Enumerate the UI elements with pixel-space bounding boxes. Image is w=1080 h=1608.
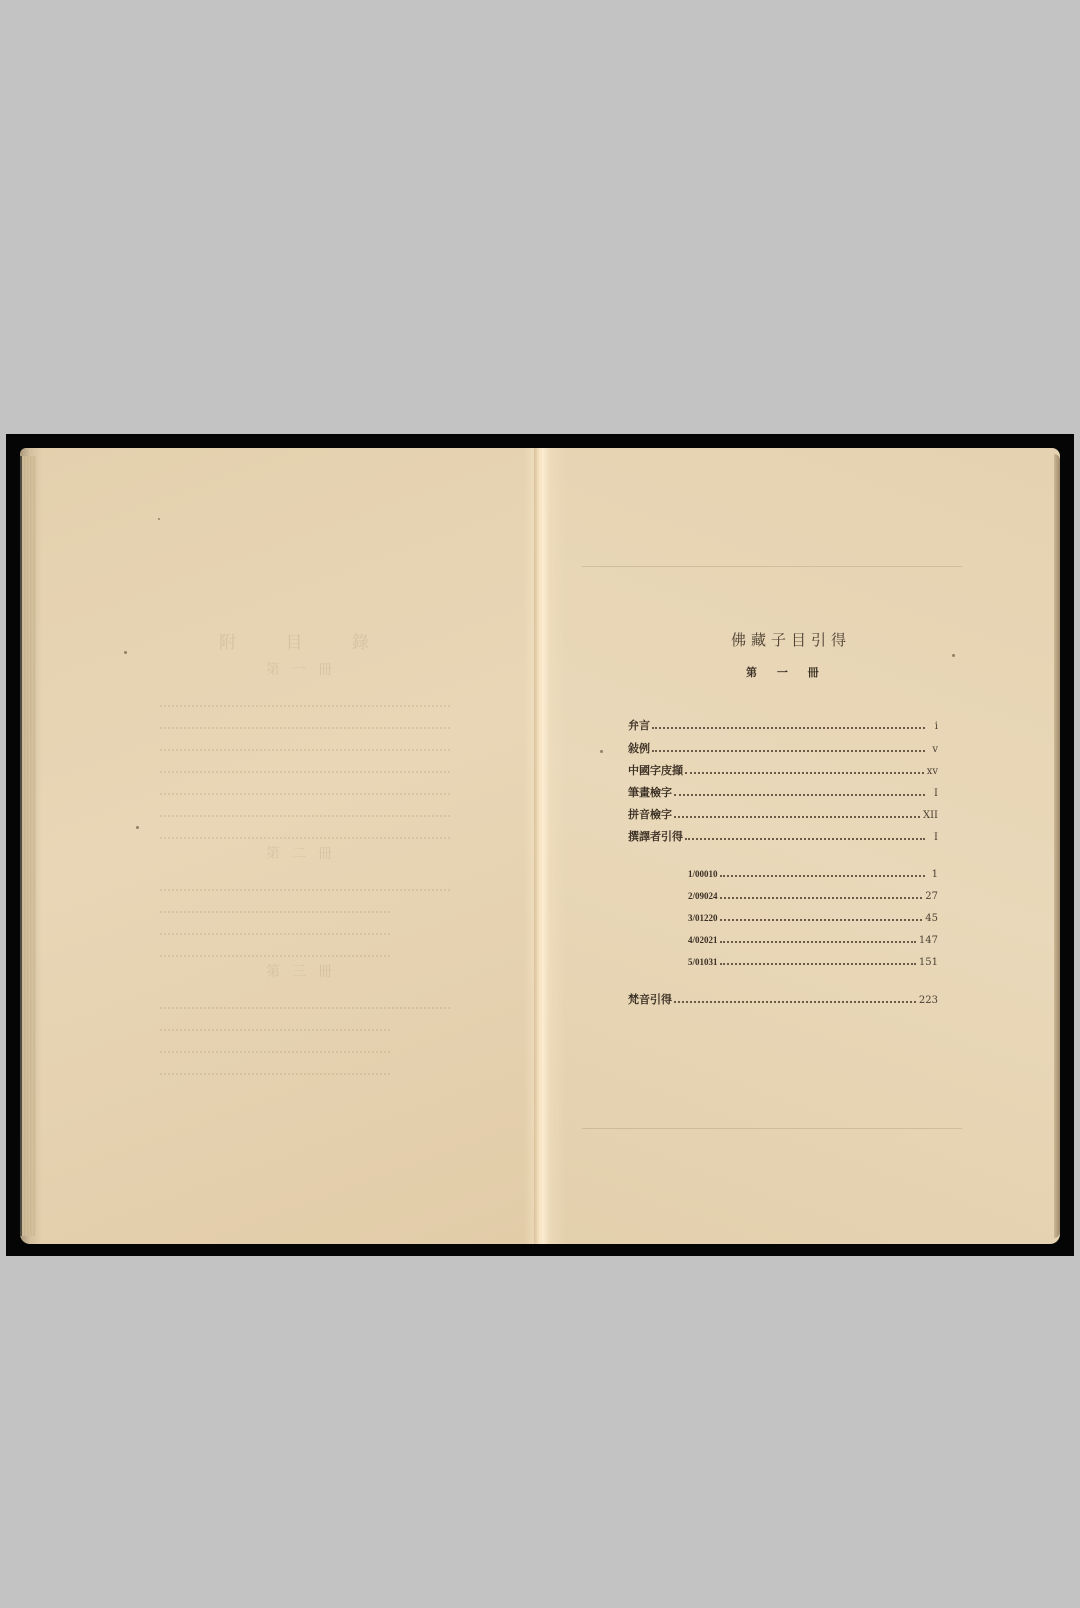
paper-speck — [136, 826, 139, 829]
toc-sub-entry: 3/01220 45 — [688, 911, 938, 926]
bleed-line — [160, 1031, 390, 1053]
toc-entry: 拼音檢字 XII — [628, 808, 938, 823]
toc-page-number: i — [928, 720, 938, 734]
toc-entry-label: 弁言 — [628, 719, 650, 733]
toc-entry-label: 梵音引得 — [628, 993, 672, 1007]
dot-leader — [674, 1000, 916, 1003]
volume-heading: 第 一 冊 — [746, 664, 826, 680]
toc-page-number: I — [928, 831, 938, 845]
toc-page-number: xv — [927, 765, 938, 779]
toc-entry-label: 拼音檢字 — [628, 808, 672, 822]
toc-sub-entry-label: 3/01220 — [688, 911, 718, 925]
bleed-line — [160, 987, 450, 1009]
bleed-line — [160, 751, 450, 773]
paper-speck — [952, 654, 955, 657]
left-page: 附 目 錄 第一冊 第二冊 第三冊 — [20, 448, 538, 1244]
toc-page-number: v — [928, 743, 938, 757]
bleed-line — [160, 1053, 390, 1075]
bleed-line — [160, 795, 450, 817]
toc-page-number: 223 — [919, 994, 938, 1008]
toc-sub-entry-label: 1/00010 — [688, 867, 718, 881]
toc-sub-entry: 4/02021 147 — [688, 933, 938, 948]
bleed-line — [160, 773, 450, 795]
toc-entry: 敍例 v — [628, 742, 938, 757]
toc-entry: 梵音引得 223 — [628, 993, 938, 1008]
toc-page-number: 151 — [919, 956, 938, 970]
open-book: 附 目 錄 第一冊 第二冊 第三冊 — [20, 448, 1060, 1244]
dot-leader — [720, 962, 916, 965]
toc-sub-entry-label: 4/02021 — [688, 933, 718, 947]
toc-page-number: 147 — [919, 934, 938, 948]
paper-speck — [124, 651, 127, 654]
dot-leader — [674, 793, 925, 796]
toc-entry-label: 敍例 — [628, 742, 650, 756]
bleed-line — [160, 891, 390, 913]
toc-sub-entry-label: 2/09024 — [688, 889, 718, 903]
bleed-line — [160, 869, 450, 891]
paper-speck — [158, 518, 160, 520]
page-edge-stack — [20, 456, 36, 1236]
bleed-line — [160, 817, 450, 839]
toc-sub-entry: 1/00010 1 — [688, 867, 938, 882]
bleed-line — [160, 685, 450, 707]
bleed-rule — [582, 1128, 962, 1129]
toc-page-number: 1 — [928, 868, 938, 882]
dot-leader — [720, 918, 923, 921]
toc-page-number: I — [928, 787, 938, 801]
dot-leader — [720, 874, 925, 877]
toc-entry-label: 撰譯者引得 — [628, 830, 683, 844]
toc-entry-label: 筆畫檢字 — [628, 786, 672, 800]
right-page — [542, 448, 1060, 1244]
toc-sub-entry: 2/09024 27 — [688, 889, 938, 904]
toc-entry: 弁言 i — [628, 719, 938, 734]
book-title: 佛藏子目引得 — [721, 629, 861, 650]
bleed-line — [160, 707, 450, 729]
page-edge — [1054, 454, 1060, 1238]
dot-leader — [685, 837, 925, 840]
bleed-line — [160, 935, 390, 957]
dot-leader — [674, 815, 920, 818]
bleed-line — [160, 913, 390, 935]
dot-leader — [685, 771, 924, 774]
bleed-title: 附 目 錄 — [160, 628, 450, 653]
paper-speck — [600, 750, 603, 753]
toc-entry: 筆畫檢字 I — [628, 786, 938, 801]
toc-sub-entry-label: 5/01031 — [688, 955, 718, 969]
dot-leader — [720, 896, 923, 899]
dot-leader — [652, 749, 925, 752]
dot-leader — [720, 940, 916, 943]
toc-entry: 撰譯者引得 I — [628, 830, 938, 845]
bleed-section: 第二冊 — [160, 843, 450, 863]
bleed-line — [160, 1009, 390, 1031]
toc-entry-label: 中國字庋擷 — [628, 764, 683, 778]
toc-sub-entry: 5/01031 151 — [688, 955, 938, 970]
bleed-section: 第一冊 — [160, 659, 450, 679]
toc-page-number: 45 — [925, 912, 938, 926]
bleed-through-text: 附 目 錄 第一冊 第二冊 第三冊 — [160, 628, 450, 1075]
bleed-line — [160, 729, 450, 751]
bleed-rule — [582, 566, 962, 567]
toc-page-number: XII — [923, 809, 938, 823]
dot-leader — [652, 726, 925, 729]
bleed-section: 第三冊 — [160, 961, 450, 981]
toc-entry: 中國字庋擷 xv — [628, 764, 938, 779]
toc-page-number: 27 — [925, 890, 938, 904]
